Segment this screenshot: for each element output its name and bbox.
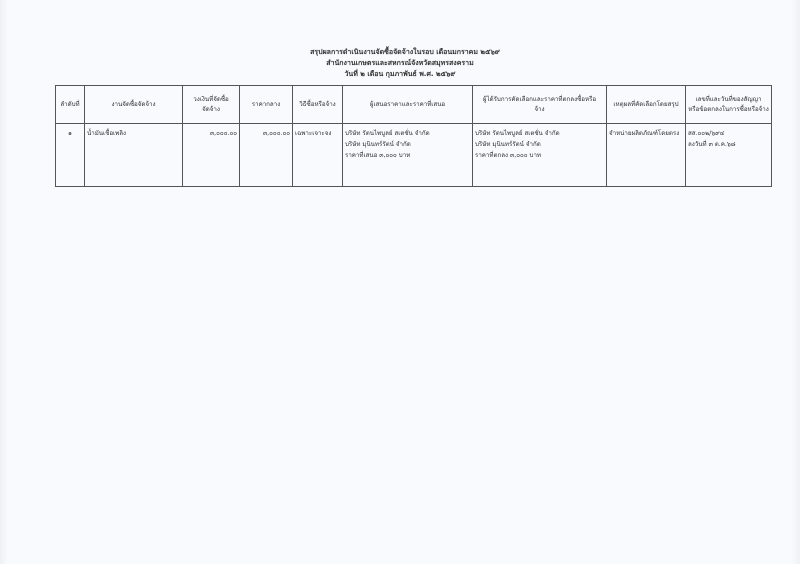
office-name: สำนักงานเกษตรและสหกรณ์จังหวัดสมุทรสงคราม (0, 58, 800, 69)
header-budget: วงเงินที่จัดซื้อจัดจ้าง (183, 86, 240, 124)
cell-bidders: บริษัท รัตนไพบูลย์ สเตชั่น จำกัด บริษัท … (343, 124, 473, 187)
table-row: ๑ น้ำมันเชื้อเพลิง ๓,๐๐๐.๐๐ ๓,๐๐๐.๐๐ เฉพ… (56, 124, 772, 187)
report-title: สรุปผลการดำเนินงานจัดซื้อจัดจ้างในรอบ เด… (0, 47, 800, 58)
cell-contract: สส.๐๐๒/๖๙๔ ลงวันที่ ๓ ต.ค.๖๘ (686, 124, 772, 187)
cell-no: ๑ (56, 124, 85, 187)
document-title: สรุปผลการดำเนินงานจัดซื้อจัดจ้างในรอบ เด… (0, 47, 800, 80)
table-header-row: ลำดับที่ งานจัดซื้อจัดจ้าง วงเงินที่จัดซ… (56, 86, 772, 124)
cell-item: น้ำมันเชื้อเพลิง (85, 124, 183, 187)
header-item: งานจัดซื้อจัดจ้าง (85, 86, 183, 124)
header-selected: ผู้ได้รับการคัดเลือกและราคาที่ตกลงซื้อหร… (473, 86, 607, 124)
cell-median-price: ๓,๐๐๐.๐๐ (240, 124, 293, 187)
header-no: ลำดับที่ (56, 86, 85, 124)
cell-selected: บริษัท รัตนไพบูลย์ สเตชั่น จำกัด บริษัท … (473, 124, 607, 187)
cell-method: เฉพาะเจาะจง (293, 124, 343, 187)
cell-reason: จำหน่ายผลิตภัณฑ์โดยตรง (607, 124, 686, 187)
header-contract: เลขที่และวันที่ของสัญญาหรือข้อตกลงในการซ… (686, 86, 772, 124)
cell-budget: ๓,๐๐๐.๐๐ (183, 124, 240, 187)
procurement-summary-table: ลำดับที่ งานจัดซื้อจัดจ้าง วงเงินที่จัดซ… (55, 85, 772, 187)
report-date: วันที่ ๒ เดือน กุมภาพันธ์ พ.ศ. ๒๕๖๙ (0, 69, 800, 80)
header-method: วิธีซื้อหรือจ้าง (293, 86, 343, 124)
header-bidders: ผู้เสนอราคาและราคาที่เสนอ (343, 86, 473, 124)
scanned-document-page: สรุปผลการดำเนินงานจัดซื้อจัดจ้างในรอบ เด… (0, 0, 800, 564)
header-median-price: ราคากลาง (240, 86, 293, 124)
header-reason: เหตุผลที่คัดเลือกโดยสรุป (607, 86, 686, 124)
